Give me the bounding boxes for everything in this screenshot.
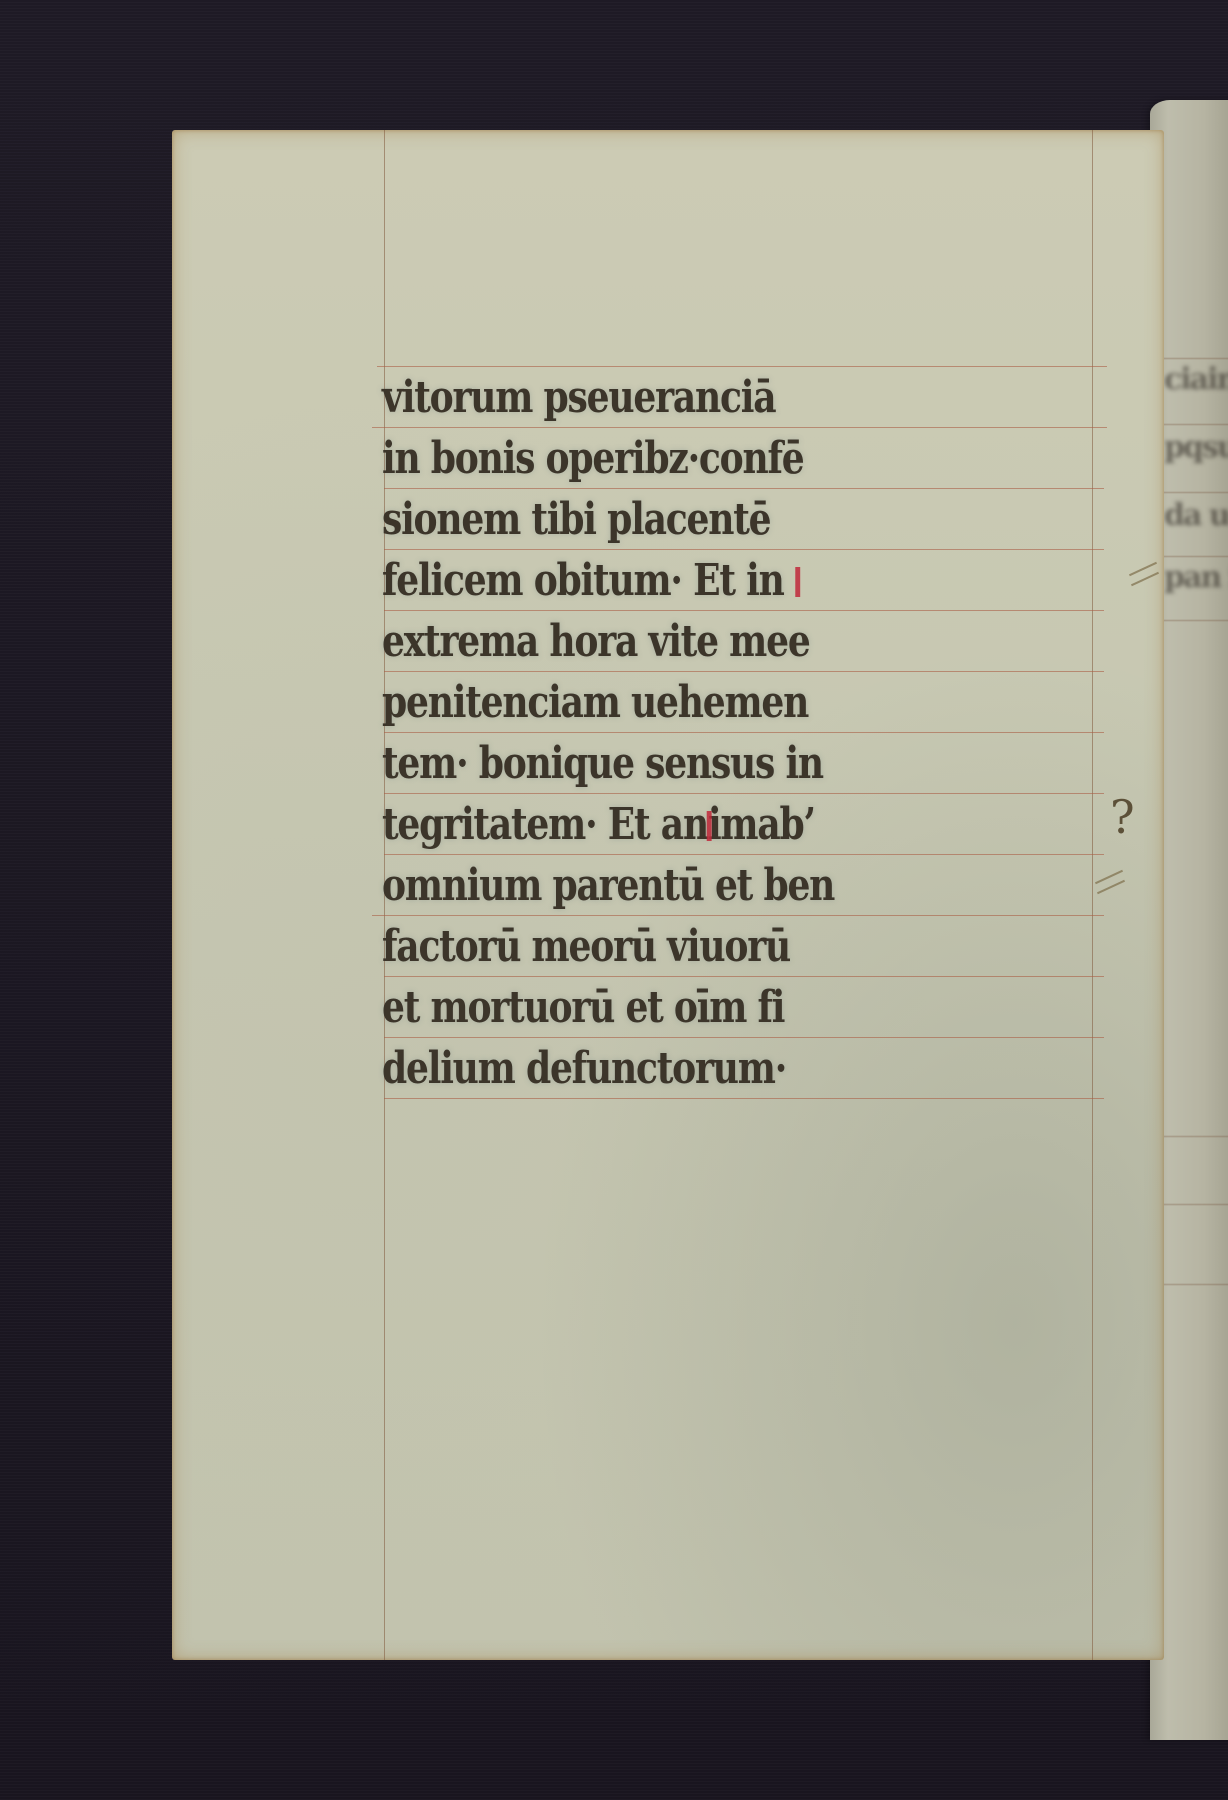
next-leaf-ruling bbox=[1160, 424, 1228, 425]
text-line-10: factorū meorū viuorū bbox=[382, 919, 790, 980]
margin-stroke bbox=[1097, 880, 1125, 894]
next-leaf-ruling bbox=[1160, 1136, 1228, 1137]
text-line-4: felicem obitum· Et in bbox=[382, 553, 784, 614]
right-vertical-ruling bbox=[1092, 130, 1093, 1660]
next-leaf-text-line: pan in bbox=[1164, 560, 1228, 600]
text-line-3: sionem tibi placentē bbox=[382, 492, 770, 553]
text-line-8: tegritatem· Et animab’ bbox=[382, 797, 815, 858]
horizontal-ruling bbox=[377, 366, 1107, 367]
text-line-4-content: felicem obitum· Et in bbox=[382, 555, 784, 606]
next-leaf-ruling bbox=[1160, 620, 1228, 621]
next-leaf-ruling bbox=[1160, 492, 1228, 493]
margin-stroke bbox=[1131, 572, 1159, 586]
text-line-7: tem· bonique sensus in bbox=[382, 736, 823, 797]
next-leaf-ruling bbox=[1160, 1284, 1228, 1285]
text-line-1: vitorum pseueranciā bbox=[382, 370, 775, 431]
next-leaf-text-line: da uend bbox=[1164, 498, 1228, 538]
text-line-9: omnium parentū et ben bbox=[382, 858, 834, 919]
next-leaf-ruling bbox=[1160, 358, 1228, 359]
text-line-11: et mortuorū et oīm fi bbox=[382, 980, 784, 1041]
next-leaf-text-line: pqsunt bbox=[1164, 430, 1228, 470]
rubricated-initial-line-8: tegritatem· Et animab’ bbox=[382, 799, 815, 850]
text-line-2: in bonis operibz·confē bbox=[382, 431, 804, 492]
manuscript-page: vitorum pseueranciā in bonis operibz·co… bbox=[172, 130, 1164, 1660]
next-leaf-text-line: ciain s bbox=[1164, 362, 1228, 402]
next-leaf-ruling bbox=[1160, 1204, 1228, 1205]
text-line-6: penitenciam uehemen bbox=[382, 675, 808, 736]
next-leaf-ruling bbox=[1160, 556, 1228, 557]
margin-flourish-icon: ? bbox=[1110, 790, 1135, 844]
text-line-8-content: tegritatem· Et animab’ bbox=[382, 799, 815, 850]
text-line-12: delium defunctorum· bbox=[382, 1041, 786, 1102]
text-line-5: extrema hora vite mee bbox=[382, 614, 810, 675]
rubricated-initial-line-4: felicem obitum· Et in bbox=[382, 555, 784, 606]
